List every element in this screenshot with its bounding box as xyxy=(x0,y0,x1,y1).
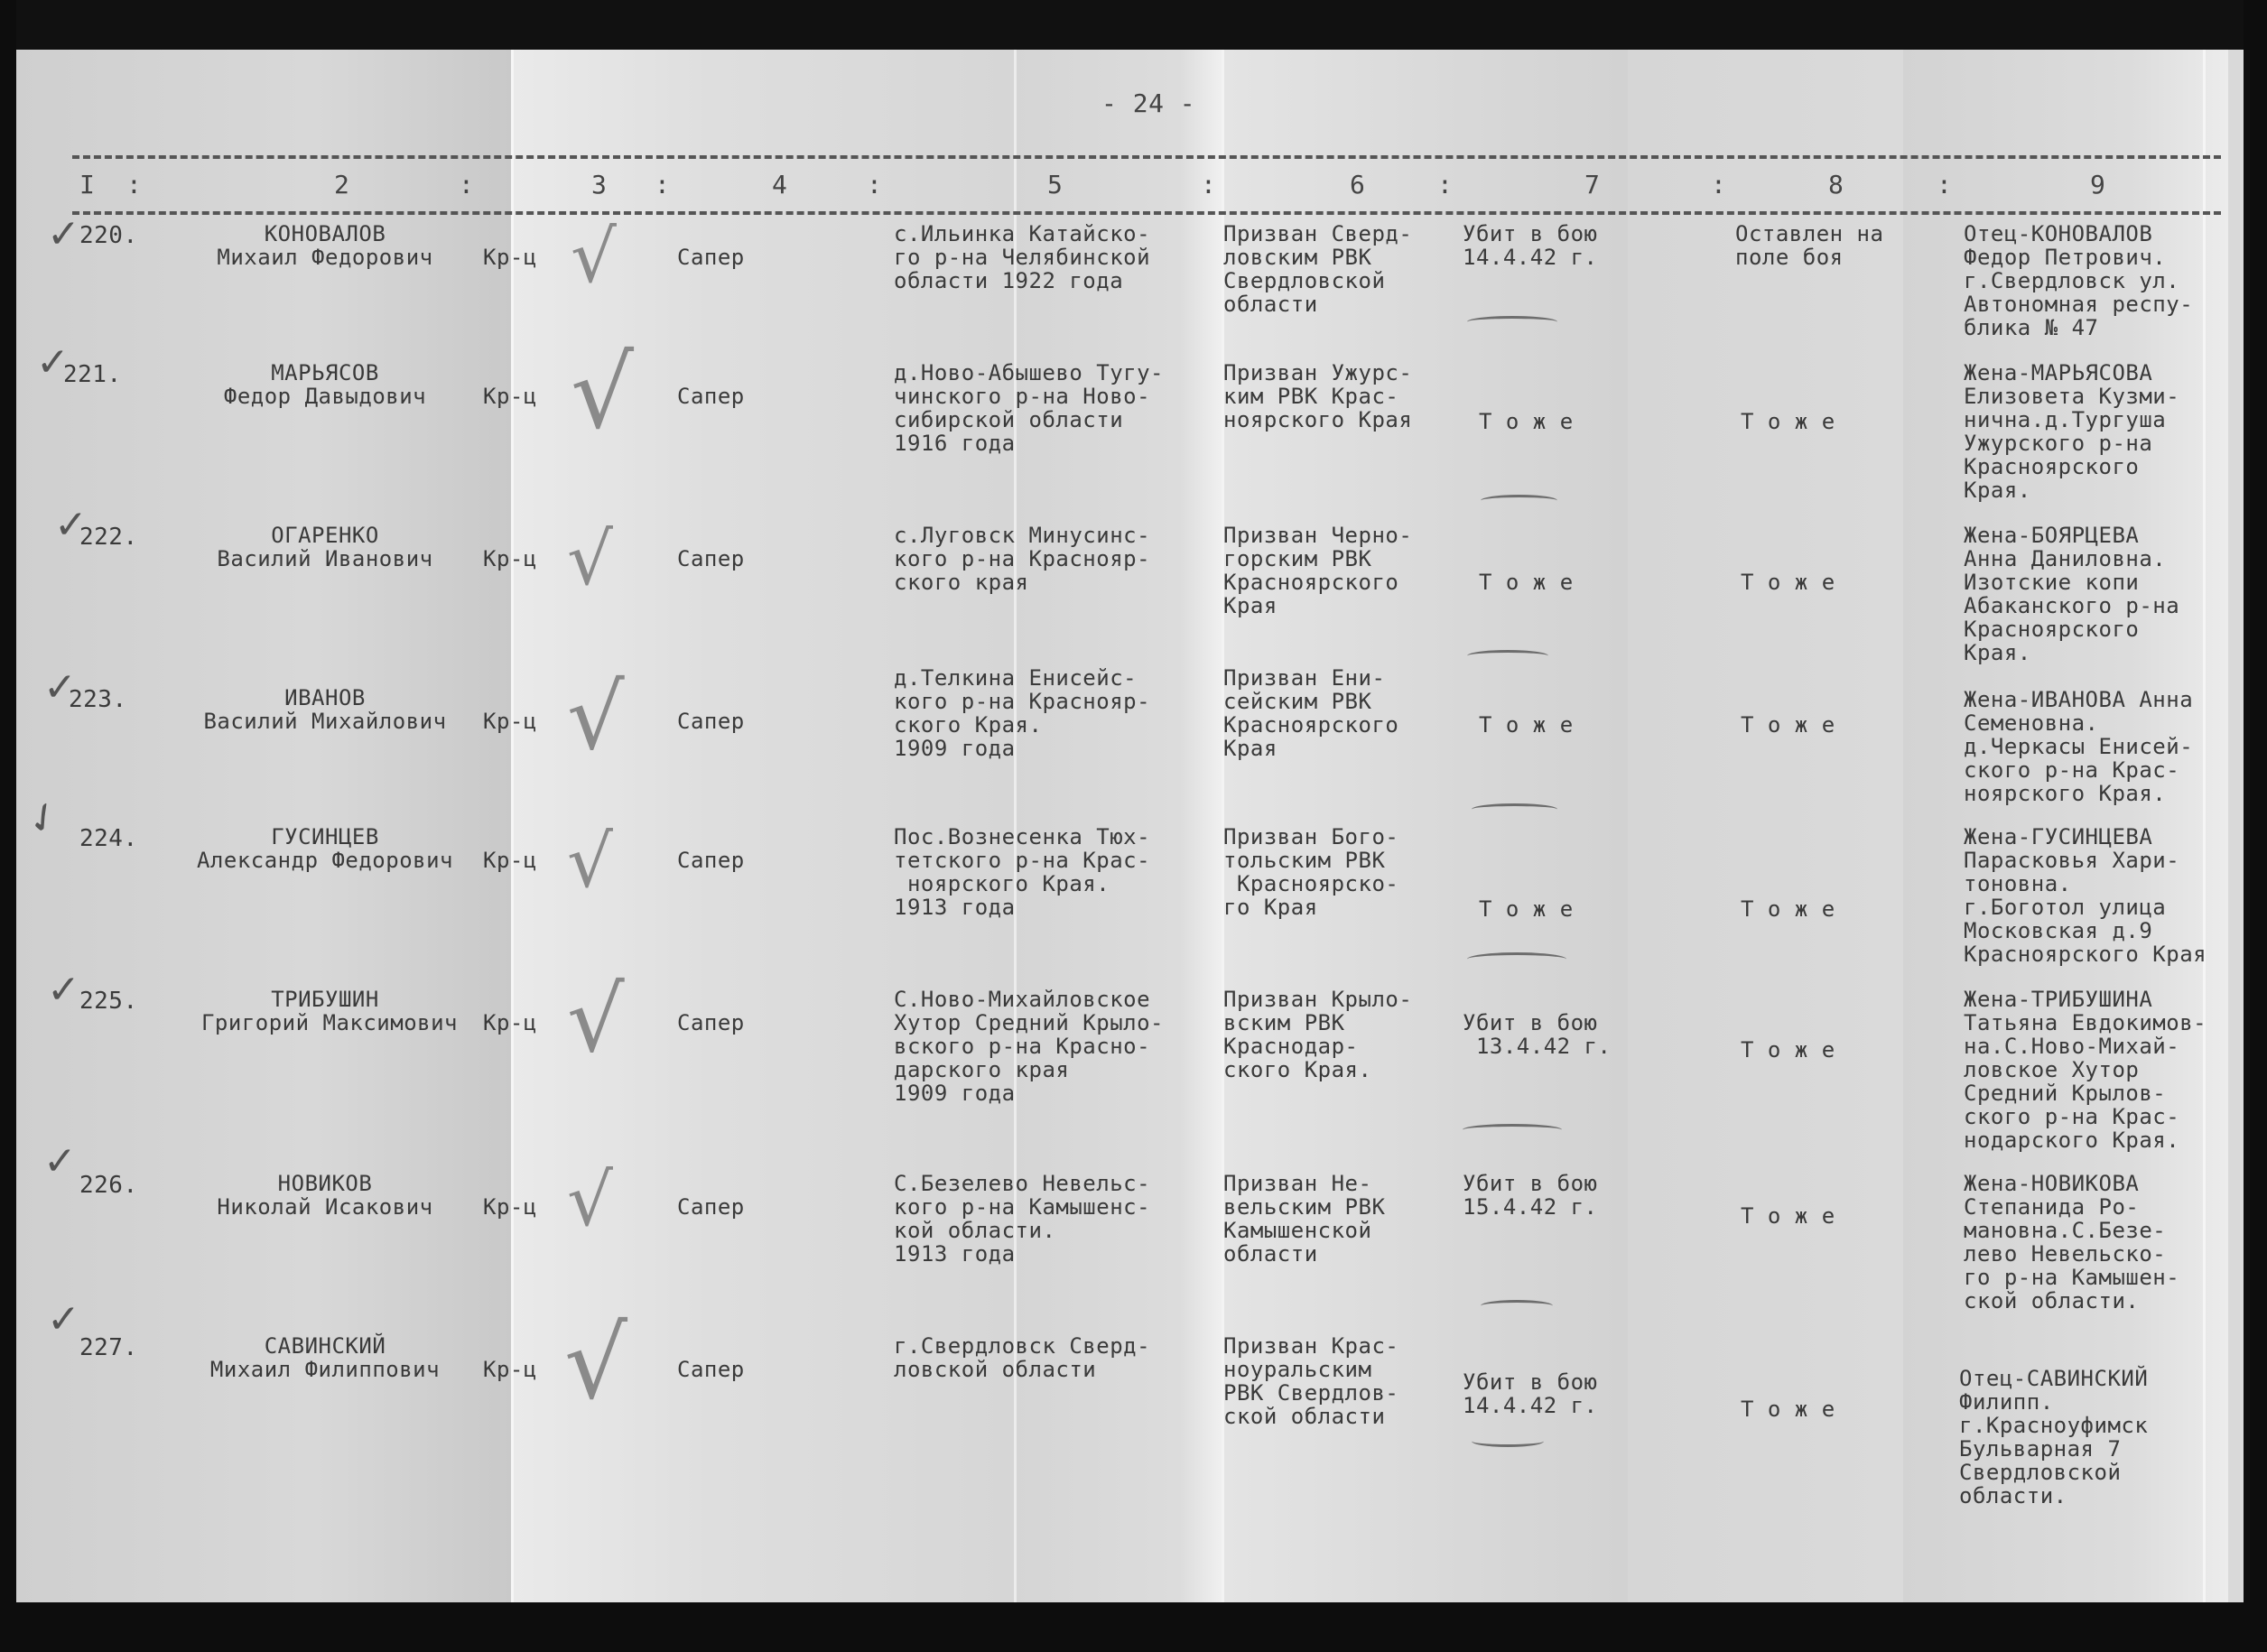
birthplace: С.Ново-Михайловское Хутор Средний Крыло-… xyxy=(894,988,1164,1105)
position: Сапер xyxy=(677,1358,745,1381)
position: Сапер xyxy=(677,1011,745,1035)
checkmark-icon: √ xyxy=(571,343,634,442)
surname: ИВАНОВ xyxy=(163,686,488,710)
column-separator: : xyxy=(1937,173,1952,197)
position: Сапер xyxy=(677,1195,745,1219)
header-rule-top xyxy=(72,155,2221,159)
pencil-stroke xyxy=(1467,316,1557,328)
surname: КОНОВАЛОВ xyxy=(163,222,488,246)
column-header-6: 6 xyxy=(1350,173,1365,197)
relatives: Жена-МАРЬЯСОВА Елизовета Кузми- нична.д.… xyxy=(1964,361,2179,502)
relatives: Жена-ТРИБУШИНА Татьяна Евдокимов- на.С.Н… xyxy=(1964,988,2207,1152)
position: Сапер xyxy=(677,849,745,872)
surname: САВИНСКИЙ xyxy=(163,1334,488,1358)
burial: Т о ж е xyxy=(1741,1038,1835,1062)
column-separator: : xyxy=(1201,173,1216,197)
position: Сапер xyxy=(677,547,745,571)
pencil-stroke xyxy=(1481,495,1557,506)
rank: Кр-ц xyxy=(483,246,537,269)
row-number: 221. xyxy=(63,363,122,386)
fate: Убит в бою 14.4.42 г. xyxy=(1463,222,1598,269)
position: Сапер xyxy=(677,246,745,269)
checkmark-icon: √ xyxy=(564,1313,627,1413)
rank: Кр-ц xyxy=(483,385,537,408)
pencil-stroke xyxy=(1463,1124,1562,1136)
fate: Убит в бою 15.4.42 г. xyxy=(1463,1172,1598,1219)
column-header-7: 7 xyxy=(1584,173,1600,197)
fate: Убит в бою 14.4.42 г. xyxy=(1463,1370,1598,1417)
checkmark-icon: √ xyxy=(567,826,613,898)
birthplace: г.Свердловск Сверд- ловской области xyxy=(894,1334,1150,1381)
relatives: Жена-ГУСИНЦЕВА Парасковья Хари- тоновна.… xyxy=(1964,825,2207,966)
birthplace: с.Луговск Минусинс- кого р-на Краснояр- … xyxy=(894,524,1150,594)
column-separator: : xyxy=(459,173,474,197)
relatives: Жена-НОВИКОВА Степанида Ро- мановна.С.Бе… xyxy=(1964,1172,2179,1313)
column-header-1: I xyxy=(79,173,95,197)
rank: Кр-ц xyxy=(483,849,537,872)
burial: Т о ж е xyxy=(1741,571,1835,594)
checkmark-icon: √ xyxy=(567,1165,613,1237)
pencil-tick-icon: ✓ xyxy=(43,1142,77,1182)
relatives: Отец-САВИНСКИЙ Филипп. г.Красноуфимск Бу… xyxy=(1959,1367,2148,1508)
rank: Кр-ц xyxy=(483,710,537,733)
pencil-stroke xyxy=(1481,1300,1553,1312)
scan-border-left xyxy=(0,0,16,1652)
drafted-by: Призван Ужурс- ким РВК Крас- ноярского К… xyxy=(1223,361,1412,432)
surname: ОГАРЕНКО xyxy=(163,524,488,547)
row-number: 224. xyxy=(79,827,138,850)
column-separator: : xyxy=(126,173,142,197)
surname: МАРЬЯСОВ xyxy=(163,361,488,385)
rank: Кр-ц xyxy=(483,1011,537,1035)
given-names: Василий Иванович xyxy=(163,547,488,571)
birthplace: д.Телкина Енисейс- кого р-на Краснояр- с… xyxy=(894,666,1150,760)
column-header-4: 4 xyxy=(772,173,787,197)
burial: Оставлен на поле боя xyxy=(1735,222,1883,269)
pencil-tick-icon: ✓ xyxy=(47,970,80,1010)
given-names: Федор Давыдович xyxy=(163,385,488,408)
column-header-3: 3 xyxy=(591,173,607,197)
pencil-tick-icon: ✓ xyxy=(47,215,80,255)
column-header-8: 8 xyxy=(1828,173,1844,197)
birthplace: С.Безелево Невельс- кого р-на Камышенс- … xyxy=(894,1172,1150,1266)
given-names: Михаил Федорович xyxy=(163,246,488,269)
drafted-by: Призван Ени- сейским РВК Красноярского К… xyxy=(1223,666,1398,760)
row-number: 225. xyxy=(79,989,138,1013)
drafted-by: Призван Не- вельским РВК Камышенской обл… xyxy=(1223,1172,1385,1266)
row-number: 226. xyxy=(79,1174,138,1197)
pencil-stroke xyxy=(1467,650,1548,662)
birthplace: с.Ильинка Катайско- го р-на Челябинской … xyxy=(894,222,1150,292)
given-names: Александр Федорович xyxy=(163,849,488,872)
checkmark-icon: √ xyxy=(571,221,617,293)
pencil-tick-icon: ✓ xyxy=(47,1300,80,1340)
rank: Кр-ц xyxy=(483,1195,537,1219)
row-number: 222. xyxy=(79,525,138,549)
given-names: Михаил Филиппович xyxy=(163,1358,488,1381)
scan-border-bottom xyxy=(0,1602,2267,1652)
column-header-5: 5 xyxy=(1047,173,1063,197)
drafted-by: Призван Бого- тольским РВК Красноярско- … xyxy=(1223,825,1398,919)
column-header-9: 9 xyxy=(2090,173,2105,197)
fate: Т о ж е xyxy=(1479,410,1574,433)
given-names: Григорий Максимович xyxy=(163,1011,497,1035)
row-number: 227. xyxy=(79,1336,138,1360)
burial: Т о ж е xyxy=(1741,410,1835,433)
fate: Убит в бою 13.4.42 г. xyxy=(1463,1011,1611,1058)
scan-border-right xyxy=(2244,0,2267,1652)
drafted-by: Призван Крас- ноуральским РВК Свердлов- … xyxy=(1223,1334,1398,1428)
fate: Т о ж е xyxy=(1479,713,1574,737)
relatives: Отец-КОНОВАЛОВ Федор Петрович. г.Свердло… xyxy=(1964,222,2193,339)
pencil-stroke xyxy=(1472,803,1557,815)
fate: Т о ж е xyxy=(1479,897,1574,921)
row-number: 220. xyxy=(79,224,138,247)
column-separator: : xyxy=(1437,173,1453,197)
drafted-by: Призван Крыло- вским РВК Краснодар- ског… xyxy=(1223,988,1412,1081)
burial: Т о ж е xyxy=(1741,1204,1835,1228)
surname: ТРИБУШИН xyxy=(163,988,488,1011)
burial: Т о ж е xyxy=(1741,1397,1835,1421)
pencil-stroke xyxy=(1472,1435,1544,1447)
given-names: Николай Исакович xyxy=(163,1195,488,1219)
column-separator: : xyxy=(655,173,670,197)
page-number: - 24 - xyxy=(1101,92,1195,116)
position: Сапер xyxy=(677,385,745,408)
checkmark-icon: √ xyxy=(567,524,613,596)
drafted-by: Призван Черно- горским РВК Красноярского… xyxy=(1223,524,1412,617)
pencil-stroke xyxy=(1467,952,1566,966)
rank: Кр-ц xyxy=(483,547,537,571)
birthplace: д.Ново-Абышево Тугу- чинского р-на Ново-… xyxy=(894,361,1164,455)
column-separator: : xyxy=(1711,173,1726,197)
checkmark-icon: √ xyxy=(567,673,625,763)
row-number: 223. xyxy=(69,688,127,711)
birthplace: Пос.Вознесенка Тюх- тетского р-на Крас- … xyxy=(894,825,1150,919)
column-separator: : xyxy=(867,173,882,197)
header-rule-bottom xyxy=(72,211,2221,215)
rank: Кр-ц xyxy=(483,1358,537,1381)
surname: НОВИКОВ xyxy=(163,1172,488,1195)
column-header-2: 2 xyxy=(334,173,349,197)
position: Сапер xyxy=(677,710,745,733)
burial: Т о ж е xyxy=(1741,713,1835,737)
surname: ГУСИНЦЕВ xyxy=(163,825,488,849)
checkmark-icon: √ xyxy=(567,975,625,1065)
drafted-by: Призван Сверд- ловским РВК Свердловской … xyxy=(1223,222,1412,316)
paper-panel xyxy=(1628,50,1903,1602)
relatives: Жена-БОЯРЦЕВА Анна Даниловна. Изотские к… xyxy=(1964,524,2179,664)
burial: Т о ж е xyxy=(1741,897,1835,921)
given-names: Василий Михайлович xyxy=(163,710,488,733)
fate: Т о ж е xyxy=(1479,571,1574,594)
relatives: Жена-ИВАНОВА Анна Семеновна. д.Черкасы Е… xyxy=(1964,688,2193,805)
